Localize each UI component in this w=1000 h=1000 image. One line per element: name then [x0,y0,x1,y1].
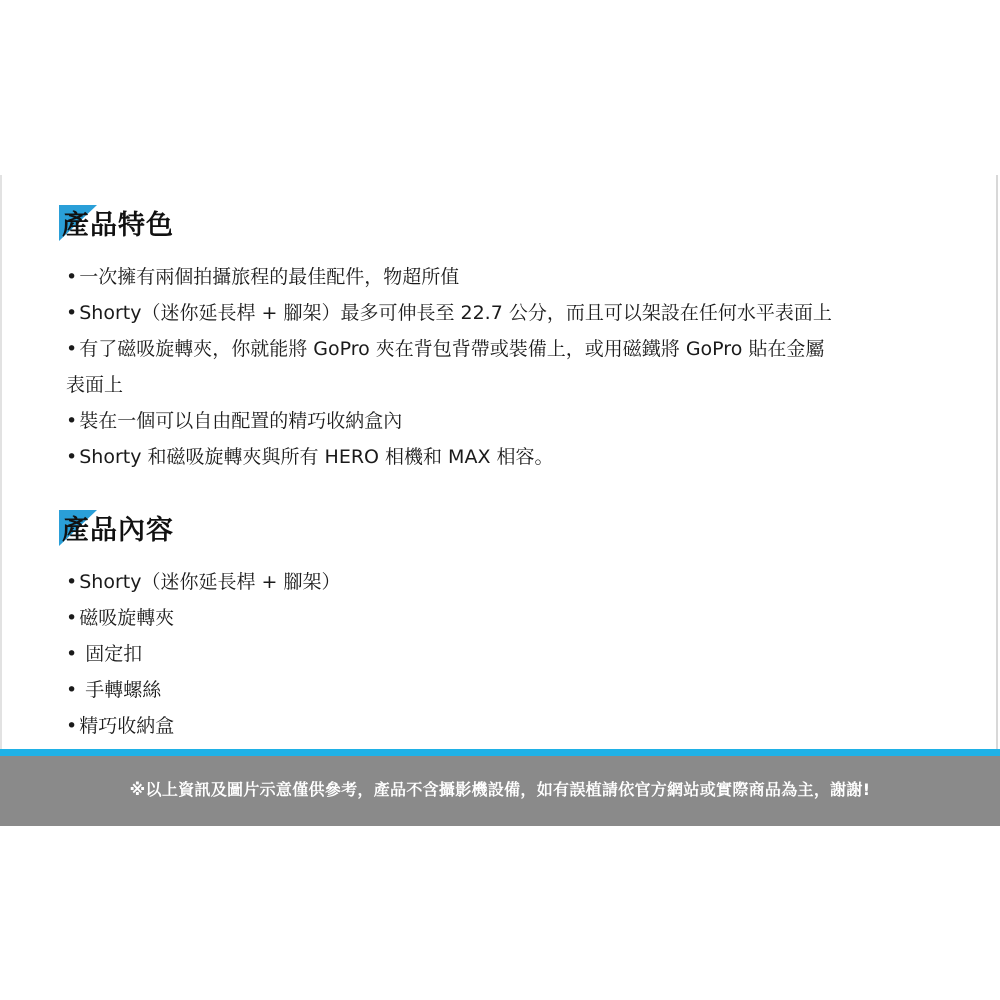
bullet-icon: • [66,331,77,367]
bullet-icon: • [66,600,77,636]
bullet-icon: • [66,403,77,439]
feature-item-continuation: 表面上 [66,367,832,403]
content-item: •Shorty（迷你延長桿 + 腳架） [66,564,340,600]
content-item: •精巧收納盒 [66,708,340,744]
contents-heading: 產品內容 [62,508,174,546]
bullet-icon: • [66,259,77,295]
contents-list: •Shorty（迷你延長桿 + 腳架） •磁吸旋轉夾 • 固定扣 • 手轉螺絲 … [66,564,340,744]
bullet-icon: • [66,295,77,331]
footer-disclaimer-band: ※以上資訊及圖片示意僅供參考，產品不含攝影機設備，如有誤植請依官方網站或實際商品… [0,756,1000,826]
bullet-icon: • [66,636,77,672]
contents-title: 產品內容 [62,508,174,547]
features-heading: 產品特色 [62,203,174,241]
content-item: •磁吸旋轉夾 [66,600,340,636]
bullet-icon: • [66,439,77,475]
feature-item: •裝在一個可以自由配置的精巧收納盒內 [66,403,832,439]
features-list: •一次擁有兩個拍攝旅程的最佳配件，物超所值 •Shorty（迷你延長桿 + 腳架… [66,259,832,475]
feature-item: •一次擁有兩個拍攝旅程的最佳配件，物超所值 [66,259,832,295]
bullet-icon: • [66,708,77,744]
feature-item: •Shorty 和磁吸旋轉夾與所有 HERO 相機和 MAX 相容。 [66,439,832,475]
feature-item: •有了磁吸旋轉夾，你就能將 GoPro 夾在背包背帶或裝備上，或用磁鐵將 GoP… [66,331,832,403]
footer-blue-stripe [0,749,1000,756]
content-item: • 固定扣 [66,636,340,672]
disclaimer-text: ※以上資訊及圖片示意僅供參考，產品不含攝影機設備，如有誤植請依官方網站或實際商品… [130,777,871,800]
bullet-icon: • [66,672,77,708]
feature-item: •Shorty（迷你延長桿 + 腳架）最多可伸長至 22.7 公分，而且可以架設… [66,295,832,331]
bullet-icon: • [66,564,77,600]
features-title: 產品特色 [62,203,174,242]
content-item: • 手轉螺絲 [66,672,340,708]
